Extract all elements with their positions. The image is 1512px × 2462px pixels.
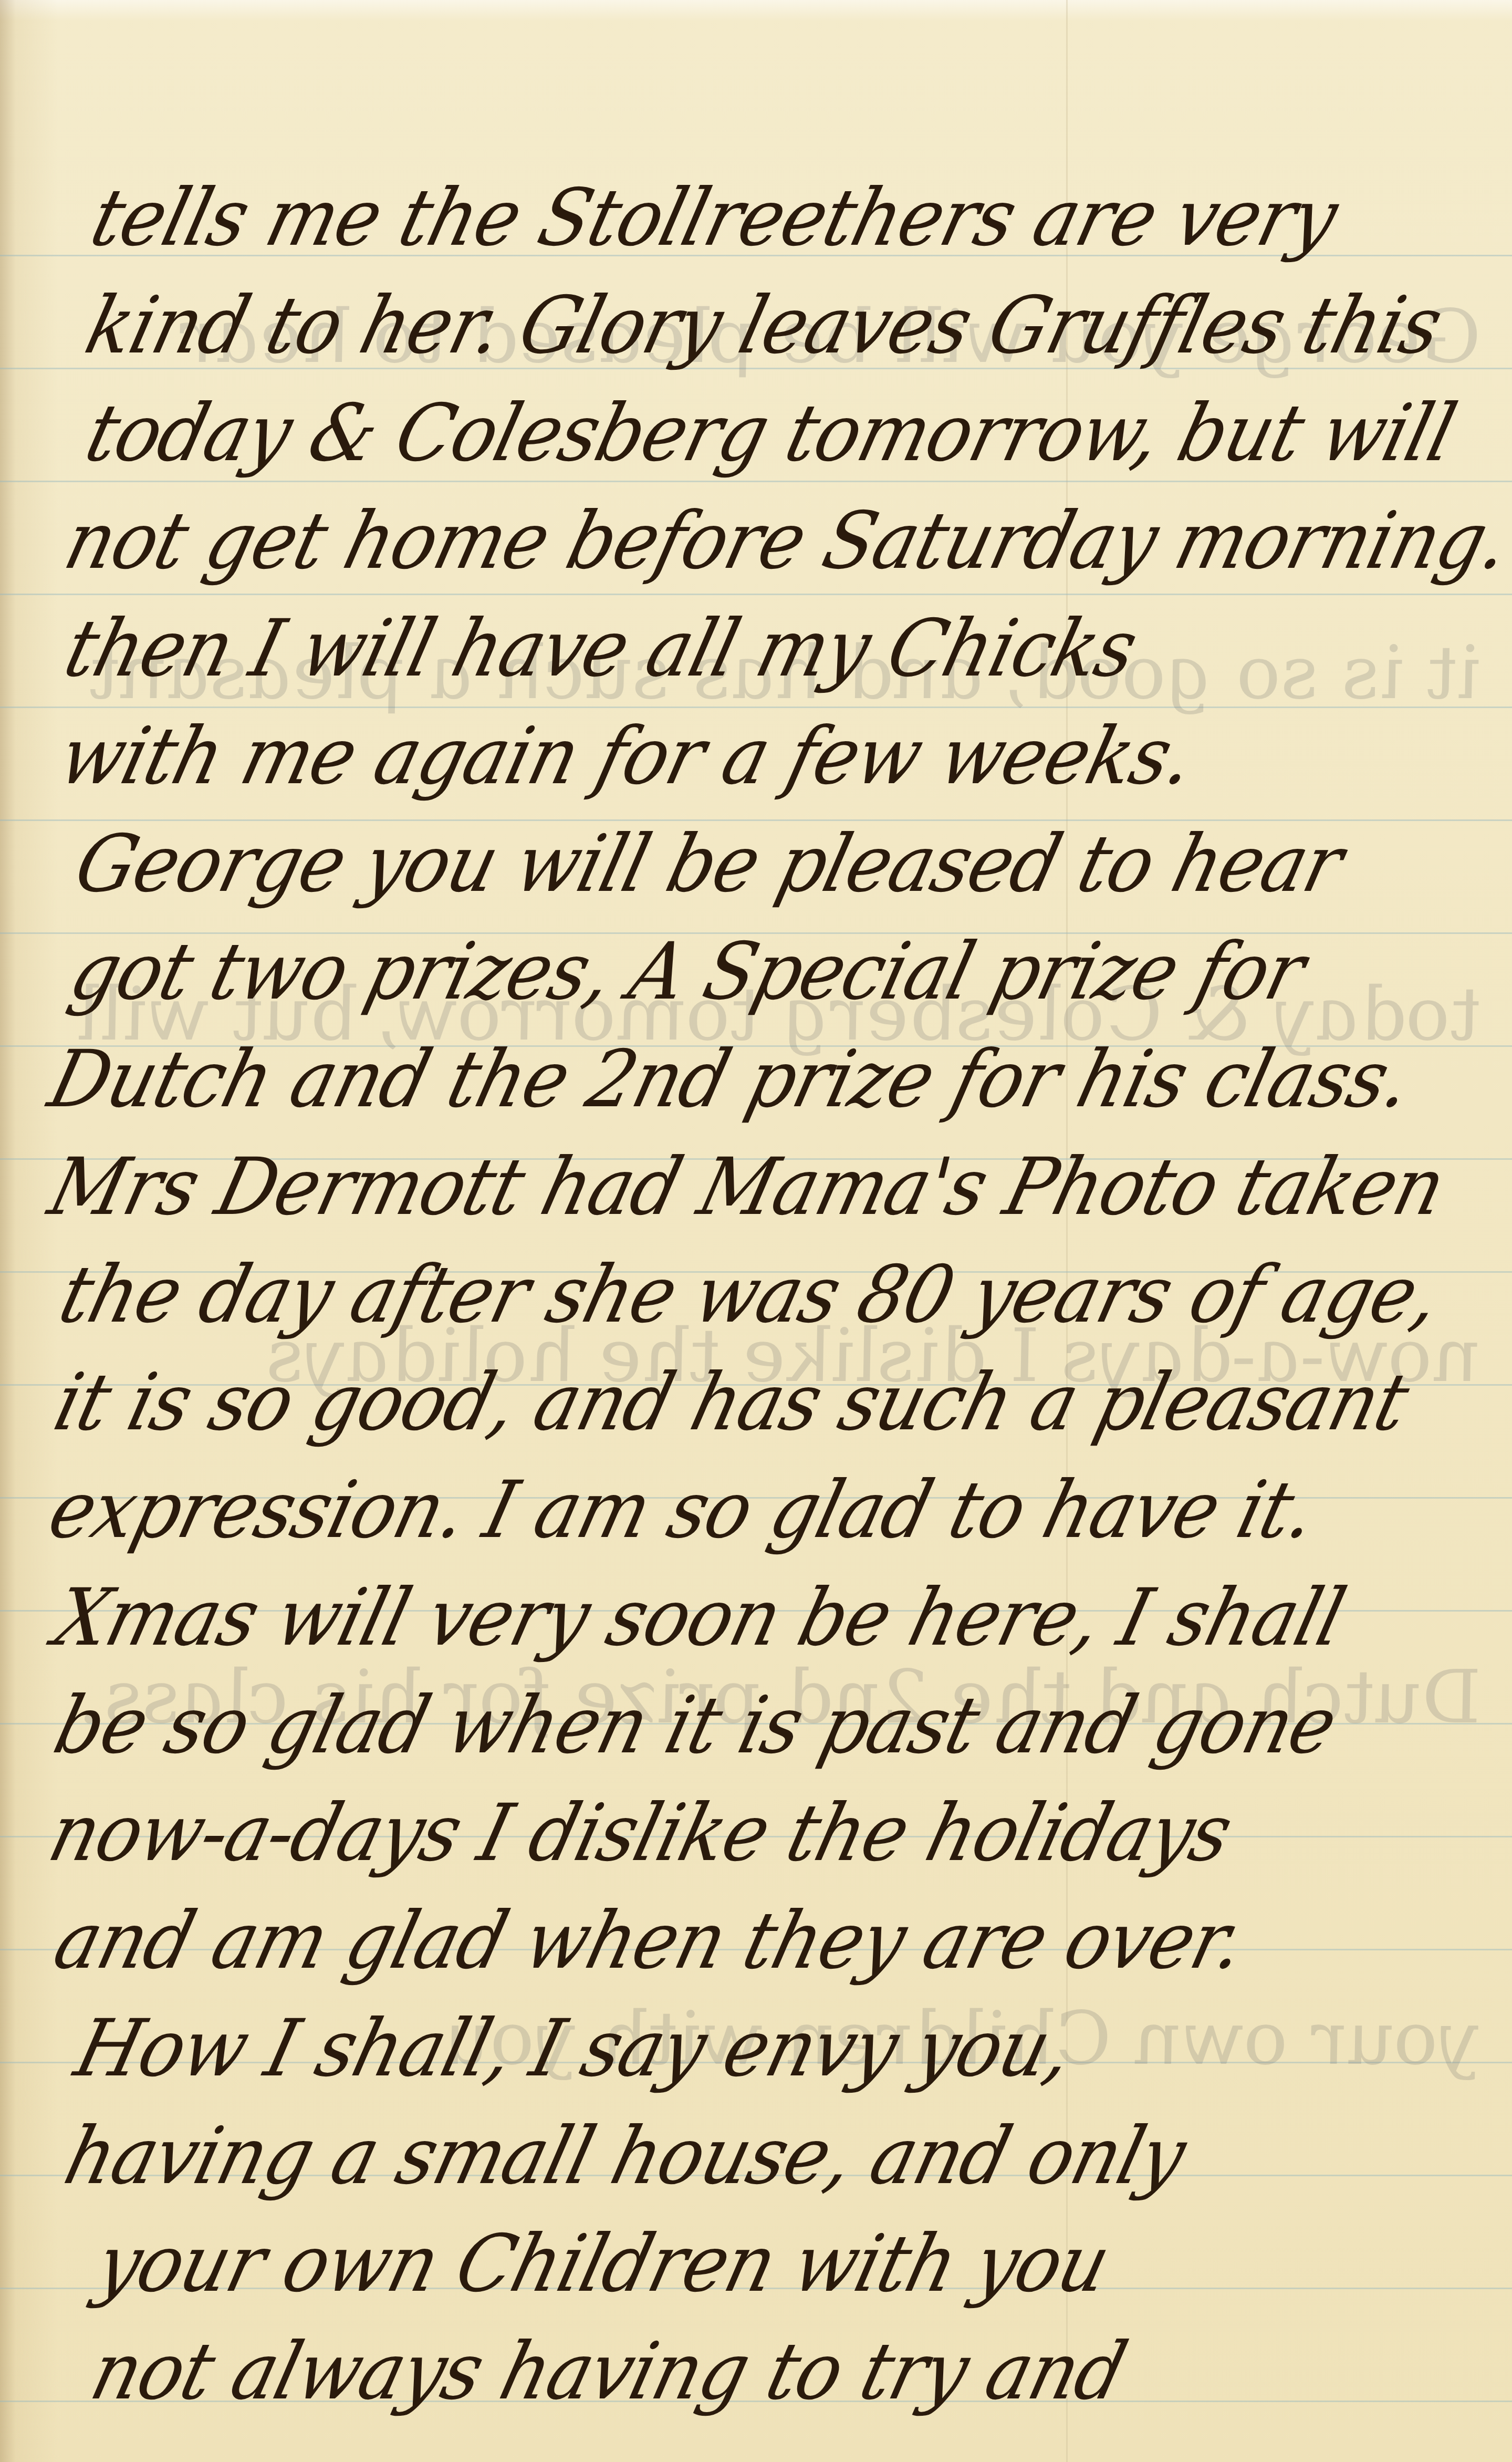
letter-line: kind to her. Glory leaves Gruffles this [79,286,1388,365]
letter-line: with me again for a few weeks. [53,717,1385,796]
letter-line: be so glad when it is past and gone [47,1686,1385,1765]
letter-line: George you will be pleased to hear [68,825,1386,903]
letter-line: now-a-days I dislike the holidays [42,1794,1385,1873]
letter-page: George you will be pleased to hear it is… [0,0,1512,2462]
letter-line: Mrs Dermott had Mama's Photo taken [42,1148,1385,1227]
ruled-line [0,594,1512,595]
letter-line: How I shall, I say envy you, [68,2009,1386,2088]
letter-line: then I will have all my Chicks [58,609,1386,688]
letter-line: expression. I am so glad to have it. [42,1471,1385,1550]
letter-line: the day after she was 80 years of age, [53,1255,1385,1334]
letter-line: Xmas will very soon be here, I shall [47,1578,1385,1657]
letter-line: not get home before Saturday morning. [58,502,1386,580]
letter-line: not always having to try and [84,2332,1388,2411]
letter-line: Dutch and the 2nd prize for his class. [42,1040,1385,1119]
ruled-line [0,707,1512,708]
letter-line: got two prizes, A Special prize for [63,932,1386,1011]
letter-line: and am glad when they are over. [47,1902,1385,1980]
letter-line: tells me the Stollreethers are very [84,179,1388,257]
letter-line: having a small house, and only [58,2117,1386,2196]
ruled-line [0,481,1512,482]
letter-line: today & Colesberg tomorrow, but will [79,394,1388,473]
letter-line: it is so good, and has such a pleasant [47,1363,1385,1442]
letter-line: your own Children with you [89,2225,1388,2303]
